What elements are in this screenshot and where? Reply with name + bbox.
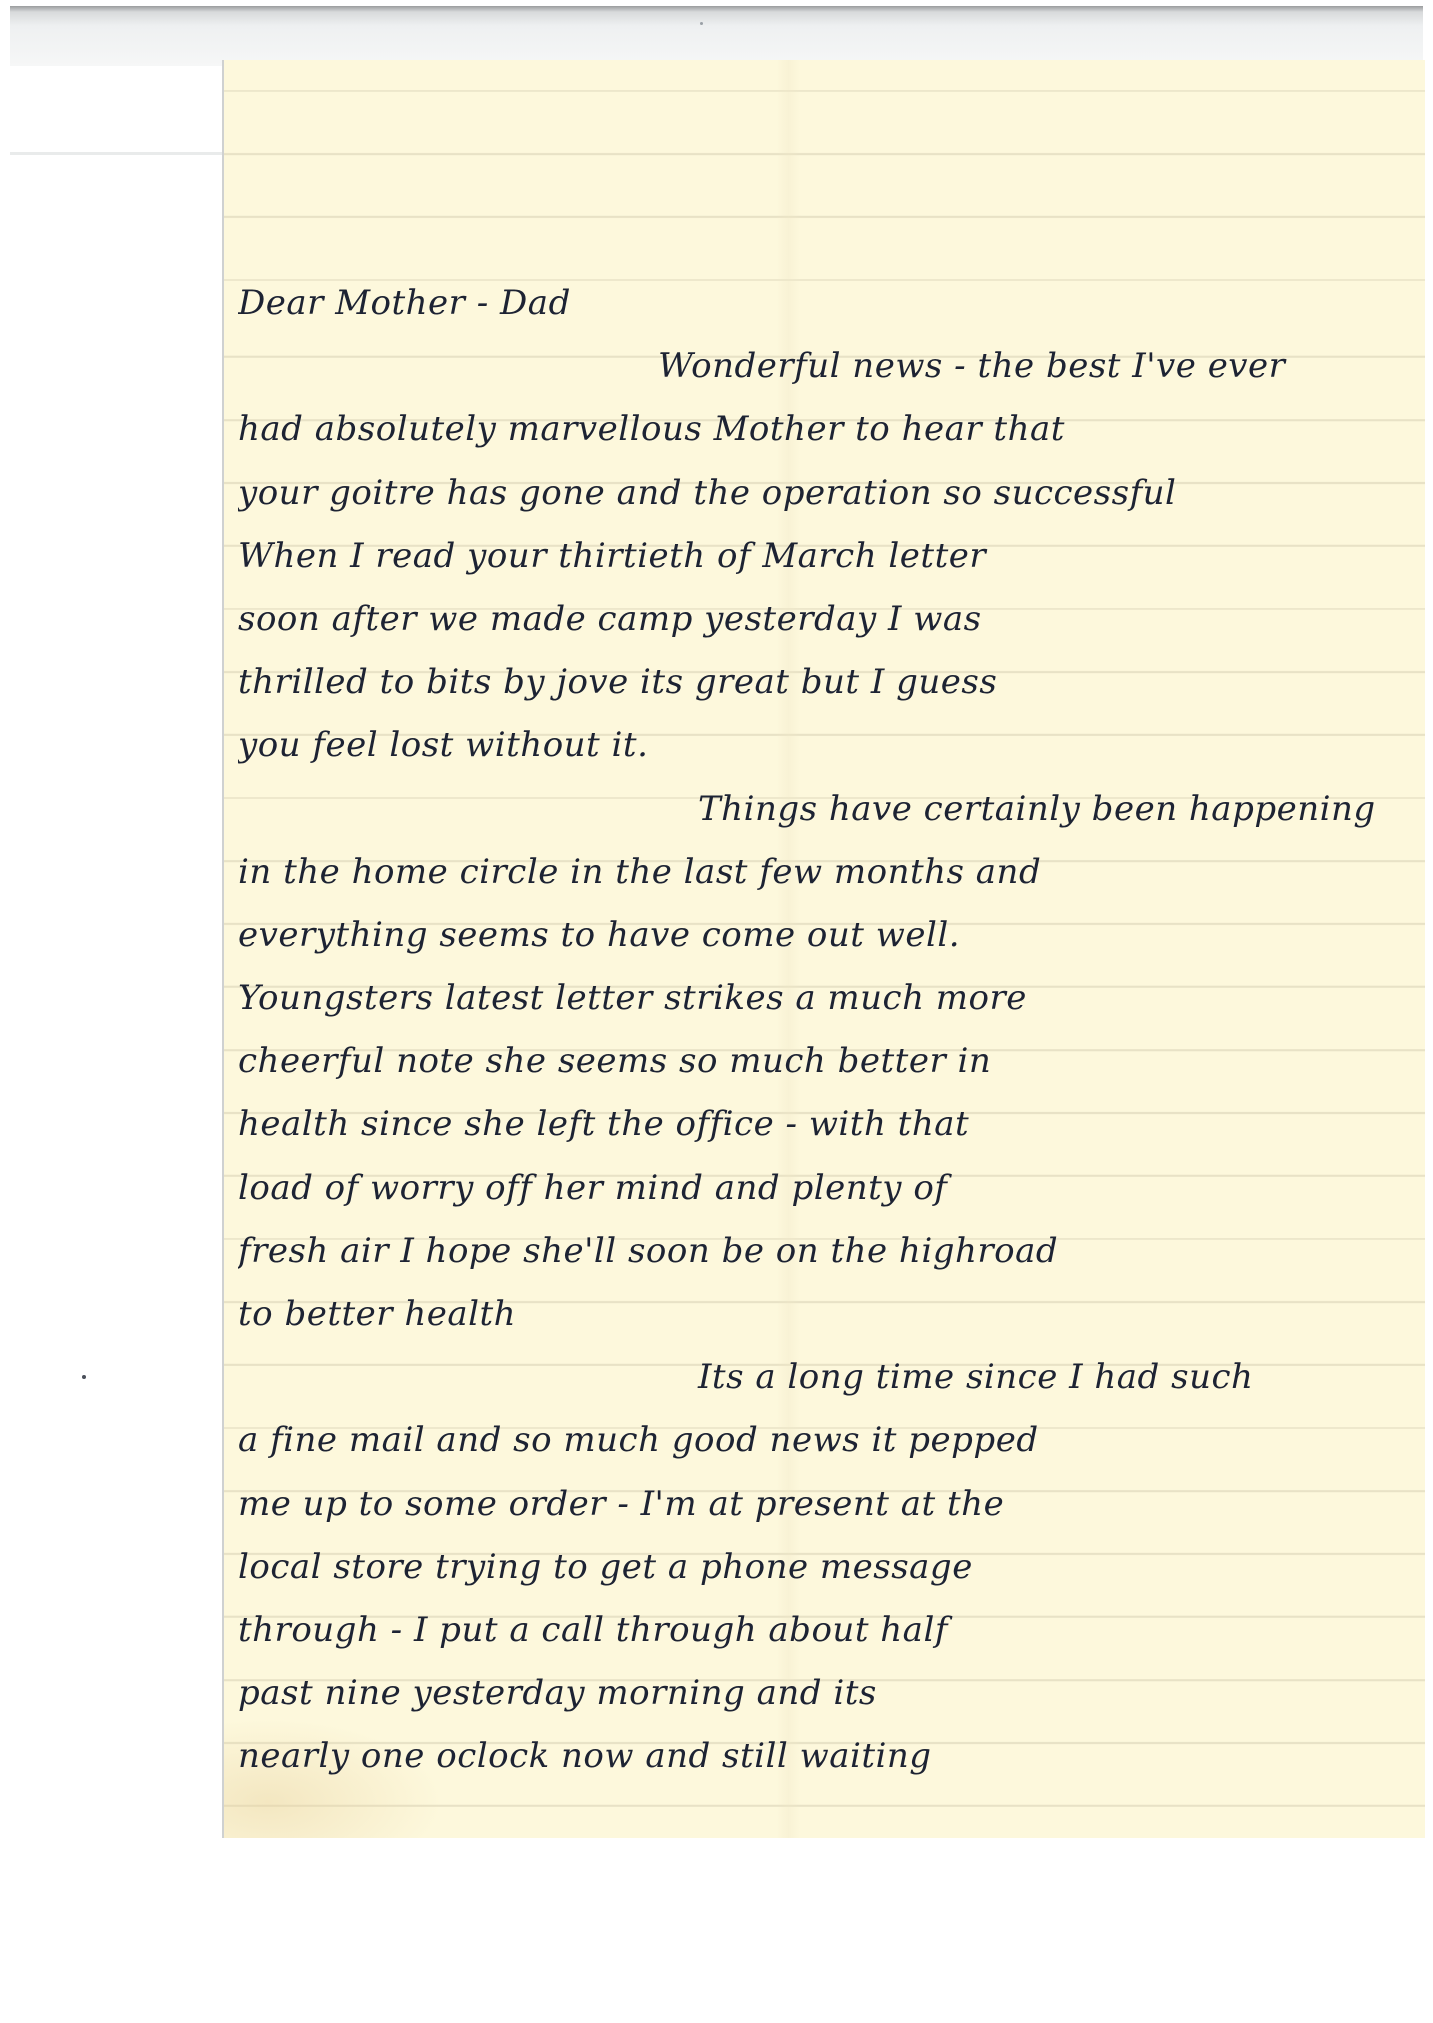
letter-line: Things have certainly been happening: [238, 778, 1398, 841]
letter-line: past nine yesterday morning and its: [238, 1662, 1398, 1725]
scanner-lid-shadow: [10, 6, 1423, 66]
scan-crease-mark: [10, 152, 225, 155]
letter-line: you feel lost without it.: [238, 714, 1398, 777]
letter-line: through - I put a call through about hal…: [238, 1599, 1398, 1662]
letter-body: Dear Mother - Dad Wonderful news - the b…: [238, 272, 1398, 1789]
letter-line: fresh air I hope she'll soon be on the h…: [238, 1220, 1398, 1283]
letter-line: had absolutely marvellous Mother to hear…: [238, 398, 1398, 461]
letter-line: thrilled to bits by jove its great but I…: [238, 651, 1398, 714]
letter-line: Youngsters latest letter strikes a much …: [238, 967, 1398, 1030]
stray-scan-dot: [700, 22, 703, 25]
letter-line: a fine mail and so much good news it pep…: [238, 1409, 1398, 1472]
letter-line: Its a long time since I had such: [238, 1346, 1398, 1409]
letter-salutation: Dear Mother - Dad: [238, 272, 1398, 335]
stray-ink-dot: [82, 1375, 86, 1379]
letter-line: cheerful note she seems so much better i…: [238, 1030, 1398, 1093]
letter-line: your goitre has gone and the operation s…: [238, 462, 1398, 525]
letter-line: in the home circle in the last few month…: [238, 841, 1398, 904]
letter-line: health since she left the office - with …: [238, 1093, 1398, 1156]
letter-line: nearly one oclock now and still waiting: [238, 1725, 1398, 1788]
letter-line: me up to some order - I'm at present at …: [238, 1473, 1398, 1536]
letter-line: soon after we made camp yesterday I was: [238, 588, 1398, 651]
letter-line: everything seems to have come out well.: [238, 904, 1398, 967]
letter-line: to better health: [238, 1283, 1398, 1346]
letter-line: local store trying to get a phone messag…: [238, 1536, 1398, 1599]
letter-line: load of worry off her mind and plenty of: [238, 1157, 1398, 1220]
letter-line: When I read your thirtieth of March lett…: [238, 525, 1398, 588]
letter-line: Wonderful news - the best I've ever: [238, 335, 1398, 398]
